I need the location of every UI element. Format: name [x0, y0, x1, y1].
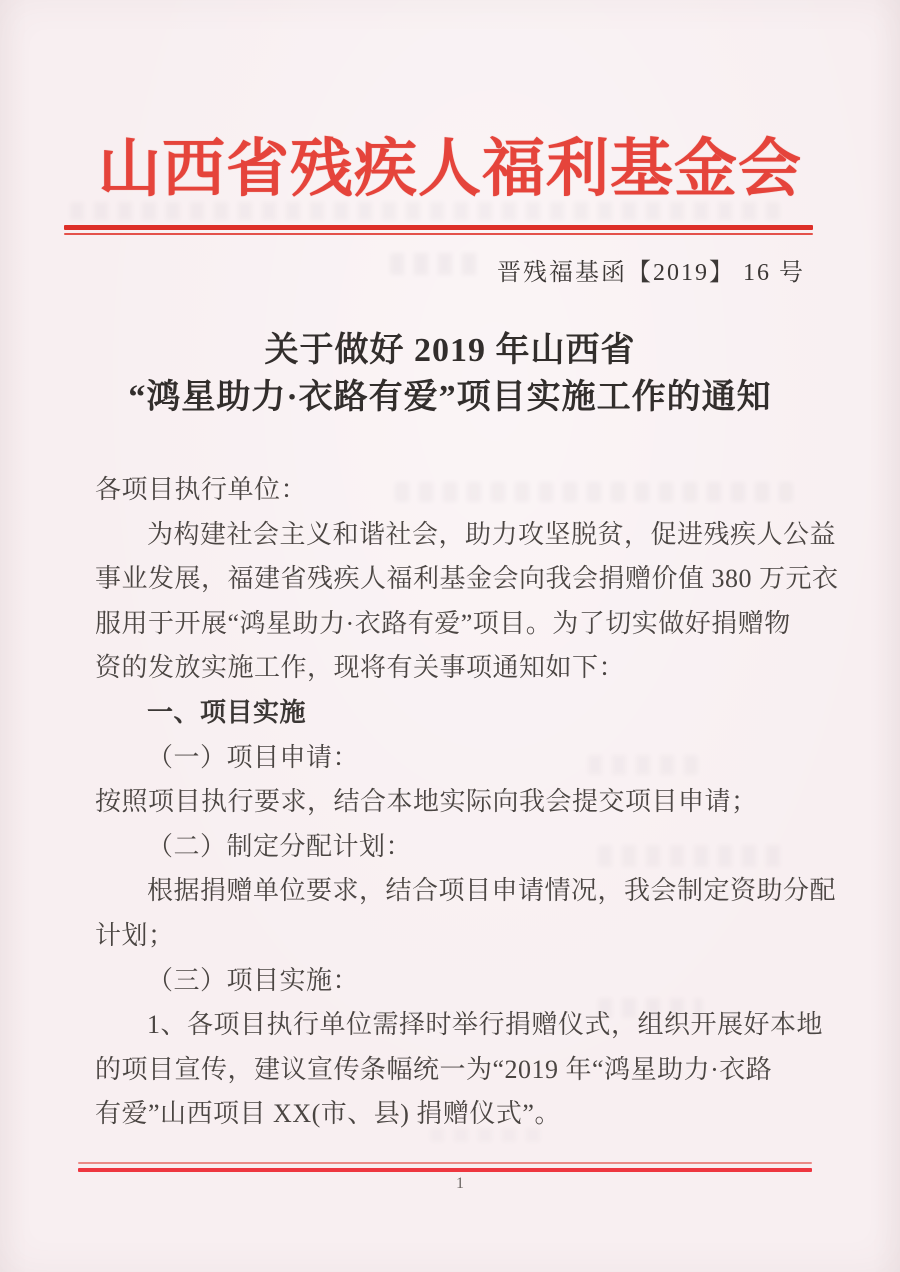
body-line-subsection: （三）项目实施： — [95, 959, 818, 1004]
body-line-salutation: 各项目执行单位： — [95, 468, 818, 513]
body-line-subsection: （二）制定分配计划： — [95, 825, 818, 870]
body-line: 1、各项目执行单位需择时举行捐赠仪式，组织开展好本地 — [95, 1003, 818, 1048]
body-line: 服用于开展“鸿星助力·衣路有爱”项目。为了切实做好捐赠物 — [95, 602, 818, 647]
body-line-subsection: （一）项目申请： — [95, 736, 818, 781]
letterhead-divider-thin — [64, 233, 813, 235]
document-reference-number: 晋残福基函【2019】 16 号 — [497, 252, 805, 287]
document-title-line-2: “鸿星助力·衣路有爱”项目实施工作的通知 — [40, 374, 860, 421]
scanned-document-page: 山西省残疾人福利基金会 晋残福基函【2019】 16 号 关于做好 2019 年… — [0, 0, 900, 1272]
body-line: 资的发放实施工作，现将有关事项通知如下： — [95, 646, 818, 691]
body-line: 有爱”山西项目 XX(市、县) 捐赠仪式”。 — [95, 1092, 818, 1137]
footer-divider-thick — [78, 1168, 812, 1172]
body-line-section-heading: 一、项目实施 — [95, 691, 818, 736]
footer-divider-thin — [78, 1162, 812, 1164]
body-line: 按照项目执行要求，结合本地实际向我会提交项目申请； — [95, 780, 818, 825]
body-line: 计划； — [95, 914, 818, 959]
document-body: 各项目执行单位： 为构建社会主义和谐社会，助力攻坚脱贫，促进残疾人公益 事业发展… — [95, 468, 818, 1137]
organization-letterhead-title: 山西省残疾人福利基金会 — [0, 118, 900, 209]
document-title-line-1: 关于做好 2019 年山西省 — [40, 327, 860, 374]
document-title: 关于做好 2019 年山西省 “鸿星助力·衣路有爱”项目实施工作的通知 — [40, 327, 860, 421]
body-line: 事业发展，福建省残疾人福利基金会向我会捐赠价值 380 万元衣 — [95, 557, 818, 602]
body-line: 为构建社会主义和谐社会，助力攻坚脱贫，促进残疾人公益 — [95, 513, 818, 558]
page-number: 1 — [0, 1175, 900, 1193]
letterhead-divider-thick — [64, 225, 813, 230]
body-line: 的项目宣传，建议宣传条幅统一为“2019 年“鸿星助力·衣路 — [95, 1048, 818, 1093]
body-line: 根据捐赠单位要求，结合项目申请情况，我会制定资助分配 — [95, 869, 818, 914]
bleed-through-artifact — [390, 253, 485, 275]
